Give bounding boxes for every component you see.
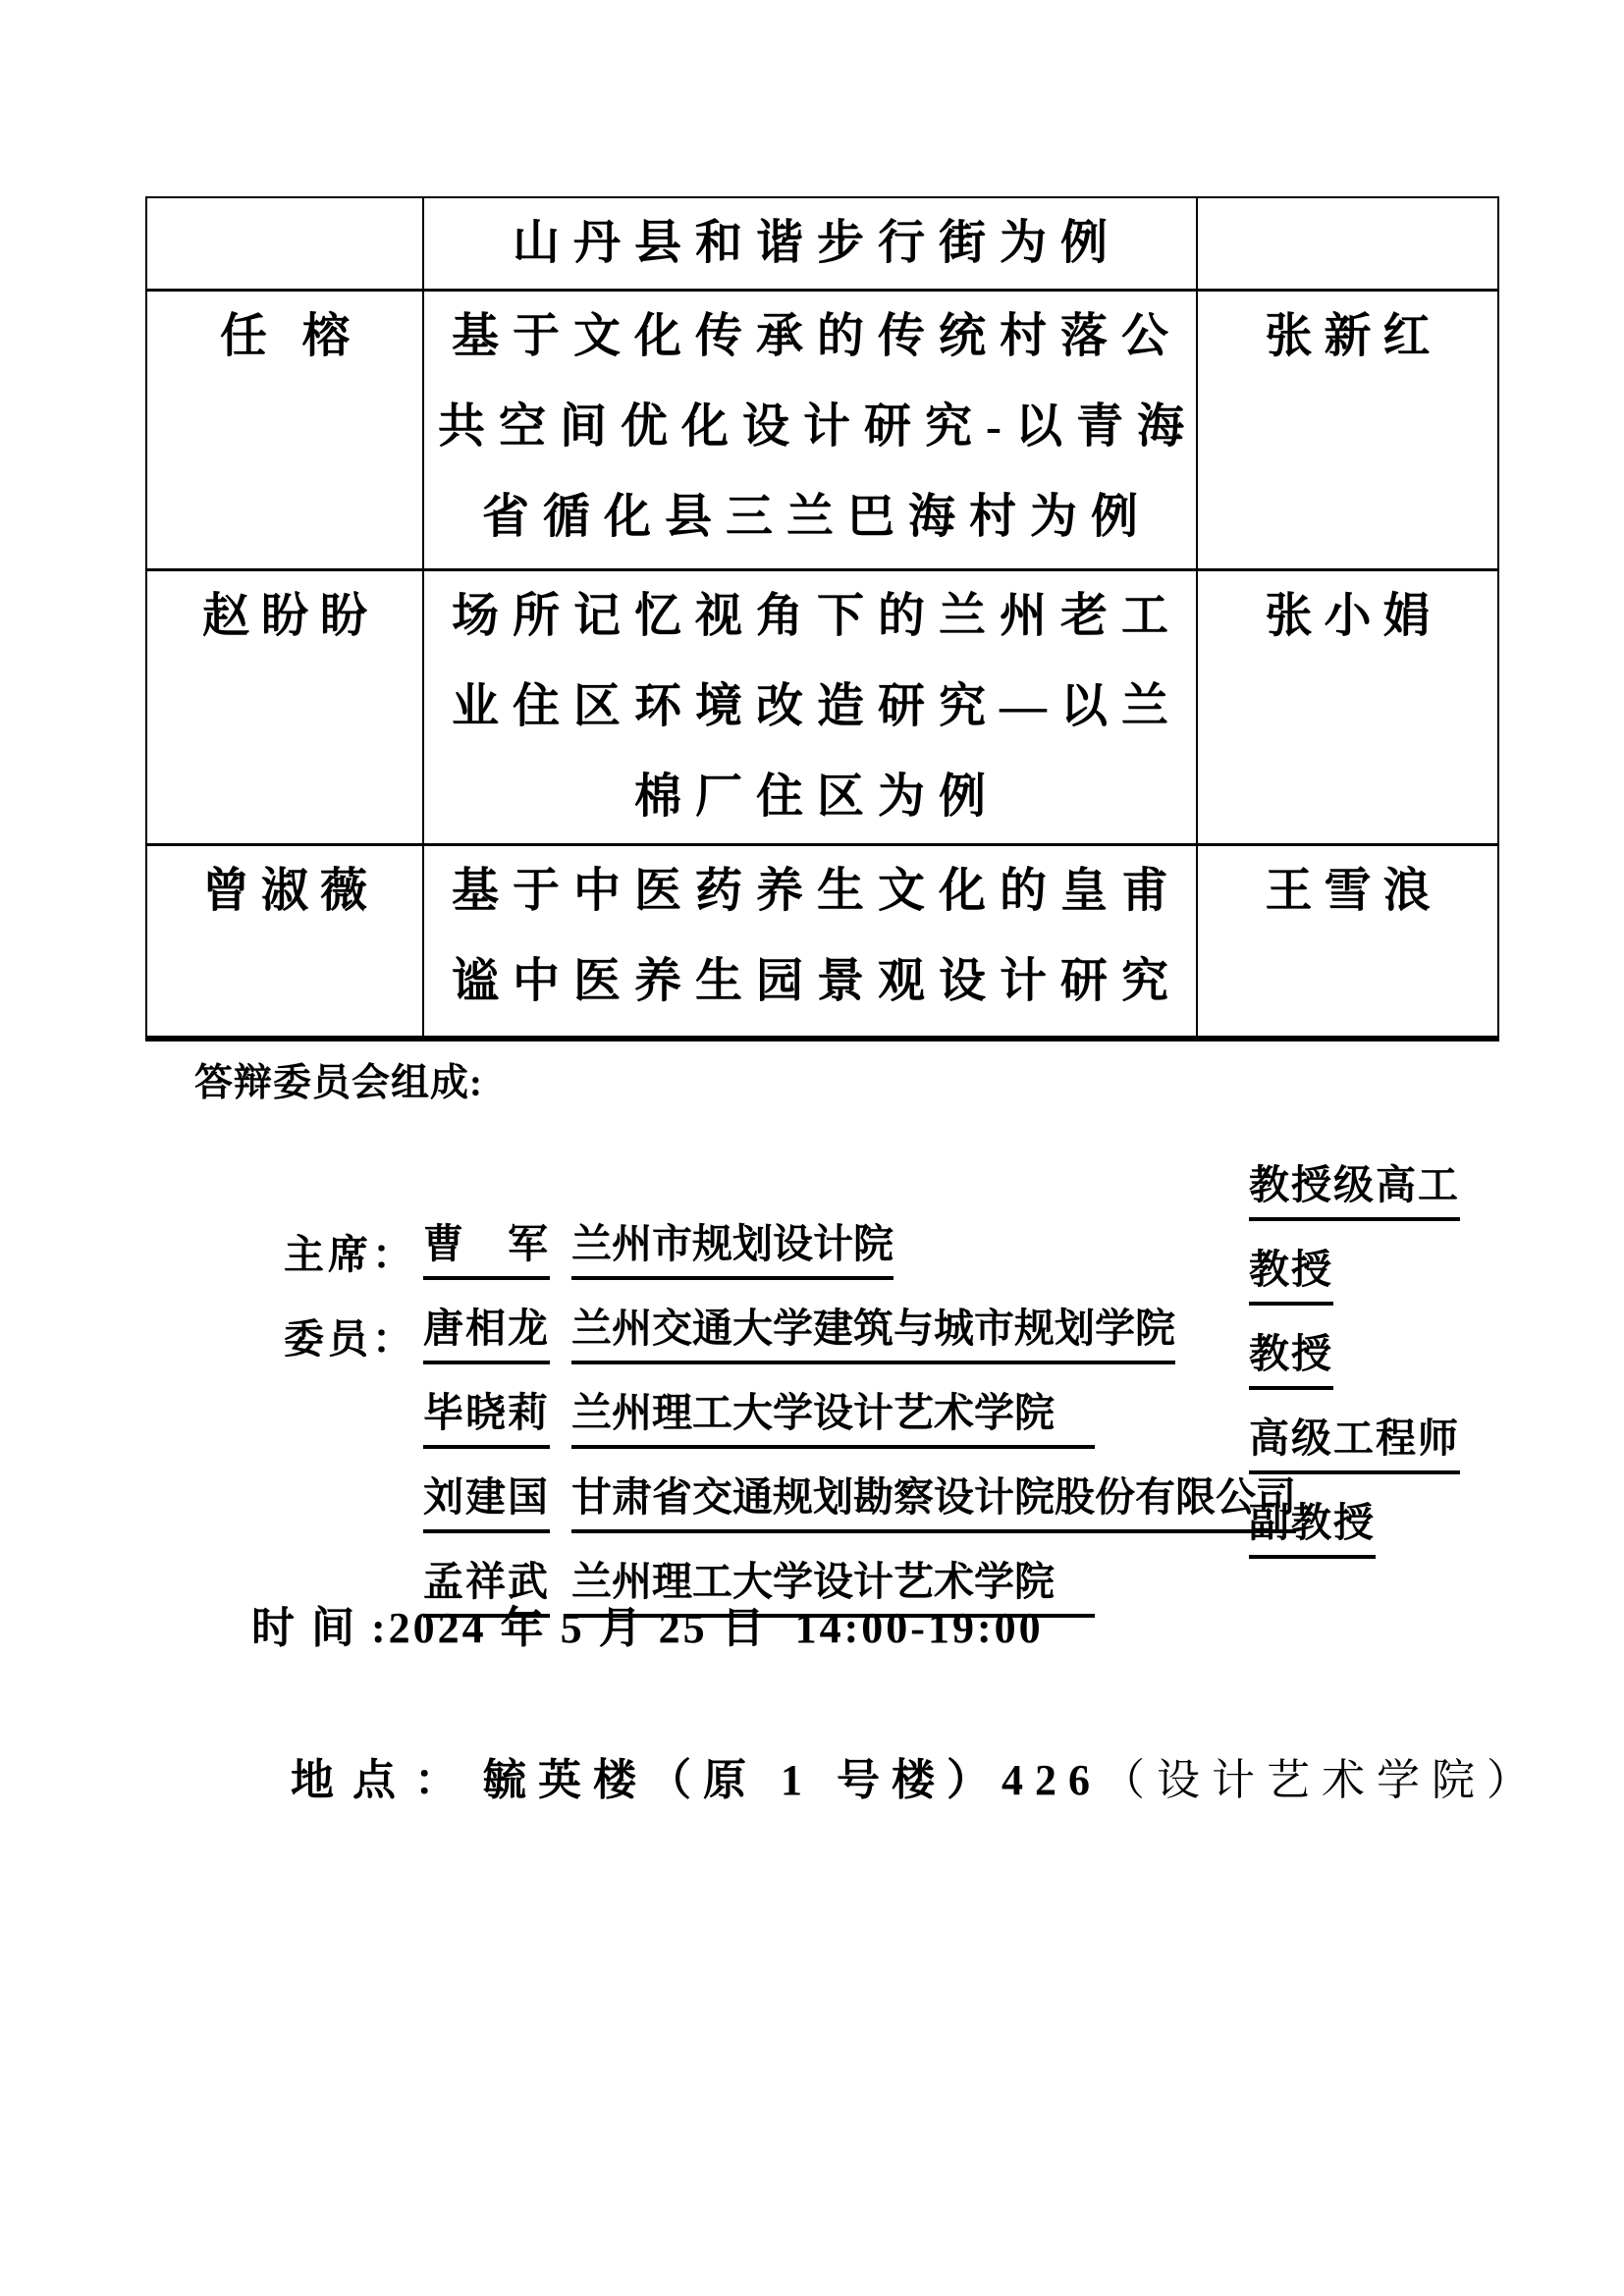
- student-name-cell: 赵盼盼: [146, 570, 423, 845]
- thesis-title-cell: 场所记忆视角下的兰州老工 业住区环境改造研究—以兰 棉厂住区为例: [423, 570, 1197, 845]
- thesis-title-line: 业住区环境改造研究—以兰: [424, 662, 1196, 752]
- student-name-cell: 任 榕: [146, 291, 423, 570]
- thesis-title-line: 共空间优化设计研究-以青海: [424, 382, 1196, 472]
- committee-row-chair: 主席：曹 军兰州市规划设计院 教授级高工: [244, 1164, 1540, 1221]
- thesis-title-line: 省循化县三兰巴海村为例: [424, 472, 1196, 562]
- thesis-title-cell: 基于中医药养生文化的皇甫 谧中医养生园景观设计研究: [423, 845, 1197, 1039]
- thesis-title-line: 谧中医养生园景观设计研究: [424, 936, 1196, 1027]
- committee-heading: 答辩委员会组成:: [194, 1052, 483, 1107]
- committee-row-member: 刘建国甘肃省交通规划勘察设计院股份有限公司 高级工程师: [244, 1417, 1540, 1474]
- member-title: 教授级高工: [1249, 1152, 1460, 1221]
- document-page: 山丹县和谐步行街为例 任 榕 基于文化传承的传统村落公 共空间优化设计研究-以青…: [0, 0, 1624, 2296]
- thesis-title-line: 棉厂住区为例: [424, 752, 1196, 842]
- thesis-title-line: 基于文化传承的传统村落公: [424, 292, 1196, 382]
- student-name-cell: [146, 197, 423, 291]
- supervisor-name-cell: 王雪浪: [1197, 845, 1498, 1039]
- location-value: 毓英楼（原 1 号楼）426: [483, 1756, 1102, 1804]
- thesis-title-cell: 山丹县和谐步行街为例: [423, 197, 1197, 291]
- table-row: 曾淑薇 基于中医药养生文化的皇甫 谧中医养生园景观设计研究 王雪浪: [146, 845, 1498, 1039]
- thesis-title-line: 山丹县和谐步行街为例: [424, 198, 1196, 289]
- member-title: 高级工程师: [1249, 1406, 1460, 1474]
- committee-row-member: 委员：唐相龙兰州交通大学建筑与城市规划学院 教授: [244, 1249, 1540, 1306]
- member-title: 教授: [1249, 1237, 1333, 1306]
- thesis-title-line: 基于中医药养生文化的皇甫: [424, 846, 1196, 936]
- thesis-defense-table: 山丹县和谐步行街为例 任 榕 基于文化传承的传统村落公 共空间优化设计研究-以青…: [145, 196, 1499, 1041]
- table-row: 任 榕 基于文化传承的传统村落公 共空间优化设计研究-以青海 省循化县三兰巴海村…: [146, 291, 1498, 570]
- defense-time: 时 间 :2024 年 5 月 25 日 14:00-19:00: [251, 1592, 1044, 1655]
- location-label: 地 点 ：: [291, 1756, 461, 1804]
- table-row: 赵盼盼 场所记忆视角下的兰州老工 业住区环境改造研究—以兰 棉厂住区为例 张小娟: [146, 570, 1498, 845]
- student-name-cell: 曾淑薇: [146, 845, 423, 1039]
- member-title: 教授: [1249, 1321, 1333, 1390]
- committee-row-member: 孟祥武兰州理工大学设计艺术学院 副教授: [244, 1502, 1540, 1559]
- location-note: （设计艺术学院）: [1102, 1756, 1542, 1804]
- committee-row-member: 毕晓莉兰州理工大学设计艺术学院 教授: [244, 1333, 1540, 1390]
- thesis-title-line: 场所记忆视角下的兰州老工: [424, 571, 1196, 662]
- table-row: 山丹县和谐步行街为例: [146, 197, 1498, 291]
- supervisor-name-cell: 张新红: [1197, 291, 1498, 570]
- member-title: 副教授: [1249, 1490, 1376, 1559]
- supervisor-name-cell: 张小娟: [1197, 570, 1498, 845]
- defense-location: 地 点 ：毓英楼（原 1 号楼）426（设计艺术学院）: [247, 1694, 1542, 1857]
- supervisor-name-cell: [1197, 197, 1498, 291]
- thesis-title-cell: 基于文化传承的传统村落公 共空间优化设计研究-以青海 省循化县三兰巴海村为例: [423, 291, 1197, 570]
